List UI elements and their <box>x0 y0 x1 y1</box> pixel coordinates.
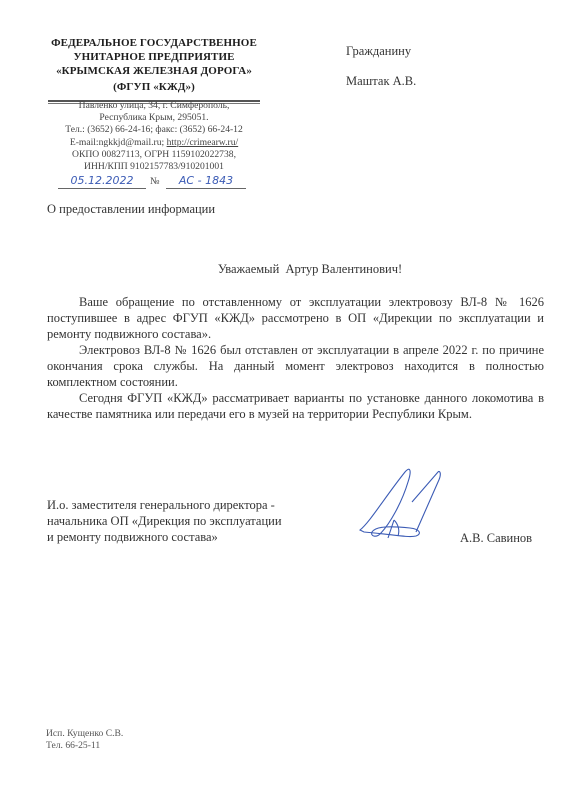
contact-line: E-mail:ngkkjd@mail.ru; http://crimearw.r… <box>44 137 264 149</box>
signatory-title: И.о. заместителя генерального директора … <box>47 497 317 545</box>
greeting: Уважаемый Артур Валентинович! <box>190 262 430 277</box>
phone-fax-line: Тел.: (3652) 66-24-16; факс: (3652) 66-2… <box>44 124 264 136</box>
website-link[interactable]: http://crimearw.ru/ <box>167 137 239 148</box>
org-name-line: ФЕДЕРАЛЬНОЕ ГОСУДАРСТВЕННОЕ <box>34 36 274 50</box>
executor-name: Исп. Кущенко С.В. <box>46 728 123 740</box>
signatory-name: А.В. Савинов <box>460 531 532 546</box>
executor-phone: Тел. 66-25-11 <box>46 740 123 752</box>
handwritten-signature-icon <box>350 462 450 547</box>
body-paragraph: Электровоз ВЛ-8 № 1626 был отставлен от … <box>47 342 544 390</box>
registration-line: 05.12.2022 № АС - 1843 <box>58 174 268 190</box>
org-name-line: УНИТАРНОЕ ПРЕДПРИЯТИЕ <box>34 50 274 64</box>
org-short-name: (ФГУП «КЖД») <box>34 80 274 94</box>
registration-date: 05.12.2022 <box>58 174 146 189</box>
signatory-title-line: И.о. заместителя генерального директора … <box>47 497 317 513</box>
body-paragraph: Сегодня ФГУП «КЖД» рассматривает вариант… <box>47 390 544 422</box>
body-paragraph: Ваше обращение по отставленному от экспл… <box>47 294 544 342</box>
number-sign: № <box>150 176 160 187</box>
recipient-block: Гражданину Маштак А.В. <box>346 36 416 96</box>
inn-kpp-line: ИНН/КПП 9102157783/910201001 <box>44 161 264 173</box>
address-line: Павленко улица, 34, г. Симферополь, <box>44 100 264 112</box>
recipient-salutation: Гражданину <box>346 36 416 66</box>
registration-number: АС - 1843 <box>166 174 246 189</box>
okpo-ogrn-line: ОКПО 00827113, ОГРН 1159102022738, <box>44 149 264 161</box>
letter-subject: О предоставлении информации <box>47 202 215 217</box>
address-line: Республика Крым, 295051. <box>44 112 264 124</box>
letterhead: ФЕДЕРАЛЬНОЕ ГОСУДАРСТВЕННОЕ УНИТАРНОЕ ПР… <box>34 36 274 104</box>
org-name-line: «КРЫМСКАЯ ЖЕЛЕЗНАЯ ДОРОГА» <box>34 64 274 78</box>
letter-body: Ваше обращение по отставленному от экспл… <box>47 294 544 422</box>
executor-block: Исп. Кущенко С.В. Тел. 66-25-11 <box>46 728 123 752</box>
org-address: Павленко улица, 34, г. Симферополь, Респ… <box>44 100 264 173</box>
signatory-title-line: начальника ОП «Дирекция по эксплуатации <box>47 513 317 529</box>
recipient-name: Маштак А.В. <box>346 66 416 96</box>
signatory-title-line: и ремонту подвижного состава» <box>47 529 317 545</box>
email-text: E-mail:ngkkjd@mail.ru; <box>70 137 167 148</box>
